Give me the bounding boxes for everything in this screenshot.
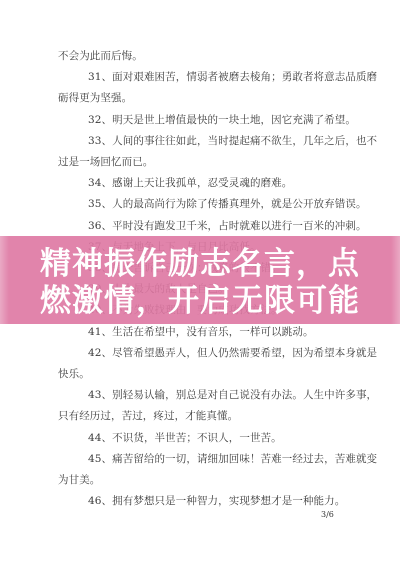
text-line: 过是一场回忆而已。 <box>58 152 393 173</box>
text-line: 35、人的最高尚行为除了传播真理外，就是公开放弃错误。 <box>58 194 393 215</box>
banner-title-line-1: 精神振作励志名言，点 <box>0 245 400 282</box>
page-number: 3/6 <box>321 510 334 519</box>
text-line: 45、痛苦留给的一切，请细加回味！苦难一经过去，苦难就变 <box>58 449 393 470</box>
text-line: 46、拥有梦想只是一种智力，实现梦想才是一种能力。 <box>58 491 393 512</box>
text-line: 41、生活在希望中，没有音乐，一样可以跳动。 <box>58 322 393 343</box>
banner-title-line-2: 燃激情，开启无限可能 <box>0 282 400 319</box>
text-line: 不会为此而后悔。 <box>58 46 393 67</box>
text-line: 31、面对艰难困苦，情弱者被磨去棱角；勇敢者将意志品质磨 <box>58 67 393 88</box>
text-line: 32、明天是世上增值最快的一块土地，因它充满了希望。 <box>58 110 393 131</box>
title-banner: 精神振作励志名言，点 燃激情，开启无限可能 <box>0 236 400 324</box>
text-line: 33、人间的事往往如此，当时提起痛不欲生，几年之后，也不 <box>58 131 393 152</box>
text-line: 43、别轻易认输，别总是对自己说没有办法。人生中许多事， <box>58 385 393 406</box>
text-line: 只有经历过，苦过，疼过，才能真懂。 <box>58 406 393 427</box>
text-line: 砺得更为坚强。 <box>58 88 393 109</box>
text-line: 为甘美。 <box>58 470 393 491</box>
text-line: 44、不识货，半世苦；不识人，一世苦。 <box>58 428 393 449</box>
text-line: 42、尽管希望愚弄人，但人仍然需要希望，因为希望本身就是 <box>58 343 393 364</box>
text-line: 36、平时没有跑发卫千米，占时就难以进行一百米的冲刺。 <box>58 216 393 237</box>
text-line: 34、感谢上天让我孤单，忍受灵魂的磨难。 <box>58 173 393 194</box>
document-page: 不会为此而后悔。 31、面对艰难困苦，情弱者被磨去棱角；勇敢者将意志品质磨 砺得… <box>0 0 400 566</box>
banner-title: 精神振作励志名言，点 燃激情，开启无限可能 <box>0 245 400 319</box>
text-line: 快乐。 <box>58 364 393 385</box>
